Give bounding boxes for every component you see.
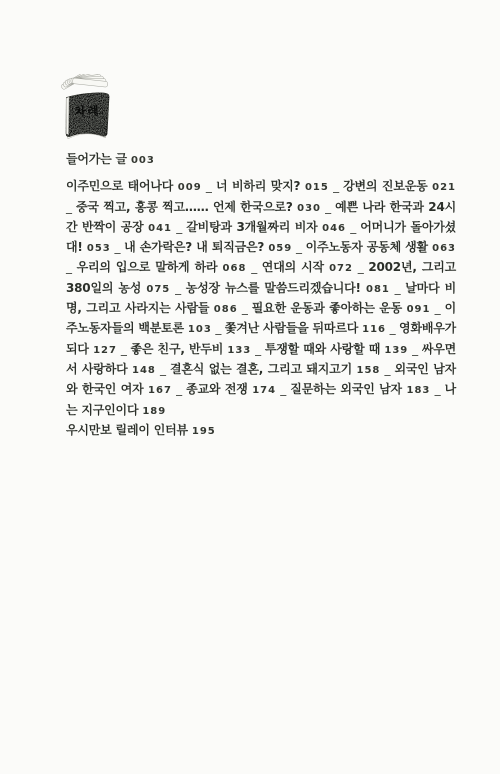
entry-title: 연대의 시작 bbox=[262, 260, 324, 274]
toc-page: 차례 들어가는 글 003 이주민으로 태어나다 009 _ 너 비하리 맞지?… bbox=[0, 0, 500, 774]
entry-title: 종교와 전쟁 bbox=[186, 382, 248, 396]
entry-title: 좋은 친구, 반두비 bbox=[131, 342, 224, 356]
entry-page-number: 127 bbox=[93, 345, 117, 356]
entry-title: 투쟁할 때와 사랑할 때 bbox=[265, 342, 380, 356]
intro-title: 들어가는 글 bbox=[66, 152, 127, 166]
entry-separator: _ bbox=[111, 240, 124, 254]
entry-page-number: 021 bbox=[432, 182, 456, 193]
entry-page-number: 030 bbox=[297, 203, 321, 214]
entry-page-number: 063 bbox=[432, 243, 456, 254]
entry-separator: _ bbox=[321, 200, 335, 214]
book-spine-highlight bbox=[66, 97, 69, 135]
book-icon: 차례 bbox=[59, 74, 115, 144]
entry-page-number: 046 bbox=[322, 223, 346, 234]
book-icon-label: 차례 bbox=[74, 104, 101, 119]
entry-separator: _ bbox=[386, 321, 399, 335]
entry-page-number: 174 bbox=[252, 385, 276, 396]
entry-title: 강변의 진보운동 bbox=[343, 179, 427, 193]
entry-separator: _ bbox=[238, 301, 252, 315]
entry-page-number: 081 bbox=[366, 284, 390, 295]
entry-separator: _ bbox=[246, 260, 261, 274]
entry-separator: _ bbox=[292, 240, 305, 254]
outro-title: 우시만보 릴레이 인터뷰 bbox=[66, 423, 188, 437]
entry-page-number: 075 bbox=[146, 284, 170, 295]
entry-title: 이주민으로 태어나다 bbox=[66, 179, 173, 193]
entry-separator: _ bbox=[353, 260, 368, 274]
entry-separator: _ bbox=[276, 382, 290, 396]
entry-separator: _ bbox=[66, 200, 76, 214]
entry-separator: _ bbox=[66, 260, 77, 274]
entry-separator: _ bbox=[156, 362, 170, 376]
entry-page-number: 041 bbox=[148, 223, 172, 234]
entry-separator: _ bbox=[346, 220, 360, 234]
outro-page-number: 195 bbox=[192, 426, 216, 437]
entry-separator: _ bbox=[329, 179, 343, 193]
entry-separator: _ bbox=[430, 382, 444, 396]
entry-title: 쫓겨난 사람들을 뒤따르다 bbox=[225, 321, 358, 335]
toc-outro-line: 우시만보 릴레이 인터뷰 195 bbox=[66, 421, 456, 441]
intro-page-number: 003 bbox=[131, 155, 155, 166]
entry-page-number: 009 bbox=[178, 182, 202, 193]
toc-intro-line: 들어가는 글 003 bbox=[66, 150, 456, 170]
entry-page-number: 158 bbox=[357, 365, 381, 376]
entry-title: 갈비탕과 3개월짜리 비자 bbox=[186, 220, 317, 234]
entry-title: 우리의 입으로 말하게 하라 bbox=[77, 260, 218, 274]
toc-entries-paragraph: 이주민으로 태어나다 009 _ 너 비하리 맞지? 015 _ 강변의 진보운… bbox=[66, 177, 456, 421]
entry-page-number: 139 bbox=[384, 345, 408, 356]
entry-title: 농성장 뉴스를 말씀드리겠습니다! bbox=[186, 281, 361, 295]
entry-page-number: 103 bbox=[188, 324, 212, 335]
entry-title: 내 손가락은? 내 퇴직금은? bbox=[124, 240, 264, 254]
entry-title: 너 비하리 맞지? bbox=[216, 179, 300, 193]
entry-separator: _ bbox=[172, 382, 186, 396]
entry-page-number: 015 bbox=[305, 182, 329, 193]
entry-page-number: 133 bbox=[227, 345, 251, 356]
toc-text-block: 들어가는 글 003 이주민으로 태어나다 009 _ 너 비하리 맞지? 01… bbox=[66, 150, 456, 441]
entry-page-number: 072 bbox=[329, 263, 353, 274]
entry-separator: _ bbox=[172, 220, 186, 234]
entry-separator: _ bbox=[117, 342, 131, 356]
entry-page-number: 189 bbox=[142, 406, 166, 417]
entry-page-number: 059 bbox=[268, 243, 292, 254]
entry-separator: _ bbox=[170, 281, 185, 295]
entry-page-number: 053 bbox=[87, 243, 111, 254]
entry-page-number: 183 bbox=[407, 385, 431, 396]
entry-page-number: 086 bbox=[214, 304, 238, 315]
entry-page-number: 068 bbox=[223, 263, 247, 274]
entry-separator: _ bbox=[212, 321, 225, 335]
entry-page-number: 148 bbox=[132, 365, 156, 376]
entry-title: 결혼식 없는 결혼, 그리고 돼지고기 bbox=[170, 362, 352, 376]
entry-title: 필요한 운동과 좋아하는 운동 bbox=[252, 301, 402, 315]
entry-title: 이주노동자 공동체 생활 bbox=[306, 240, 428, 254]
entry-title: 질문하는 외국인 남자 bbox=[290, 382, 402, 396]
entry-page-number: 116 bbox=[362, 324, 386, 335]
entry-separator: _ bbox=[380, 362, 394, 376]
entry-separator: _ bbox=[408, 342, 422, 356]
entry-separator: _ bbox=[430, 301, 444, 315]
entry-page-number: 167 bbox=[148, 385, 172, 396]
entry-separator: _ bbox=[202, 179, 216, 193]
entry-title: 중국 찍고, 홍콩 찍고…… 언제 한국으로? bbox=[76, 200, 293, 214]
entry-separator: _ bbox=[251, 342, 265, 356]
book-pages-fan bbox=[61, 74, 108, 90]
entry-page-number: 091 bbox=[407, 304, 431, 315]
entry-separator: _ bbox=[390, 281, 405, 295]
